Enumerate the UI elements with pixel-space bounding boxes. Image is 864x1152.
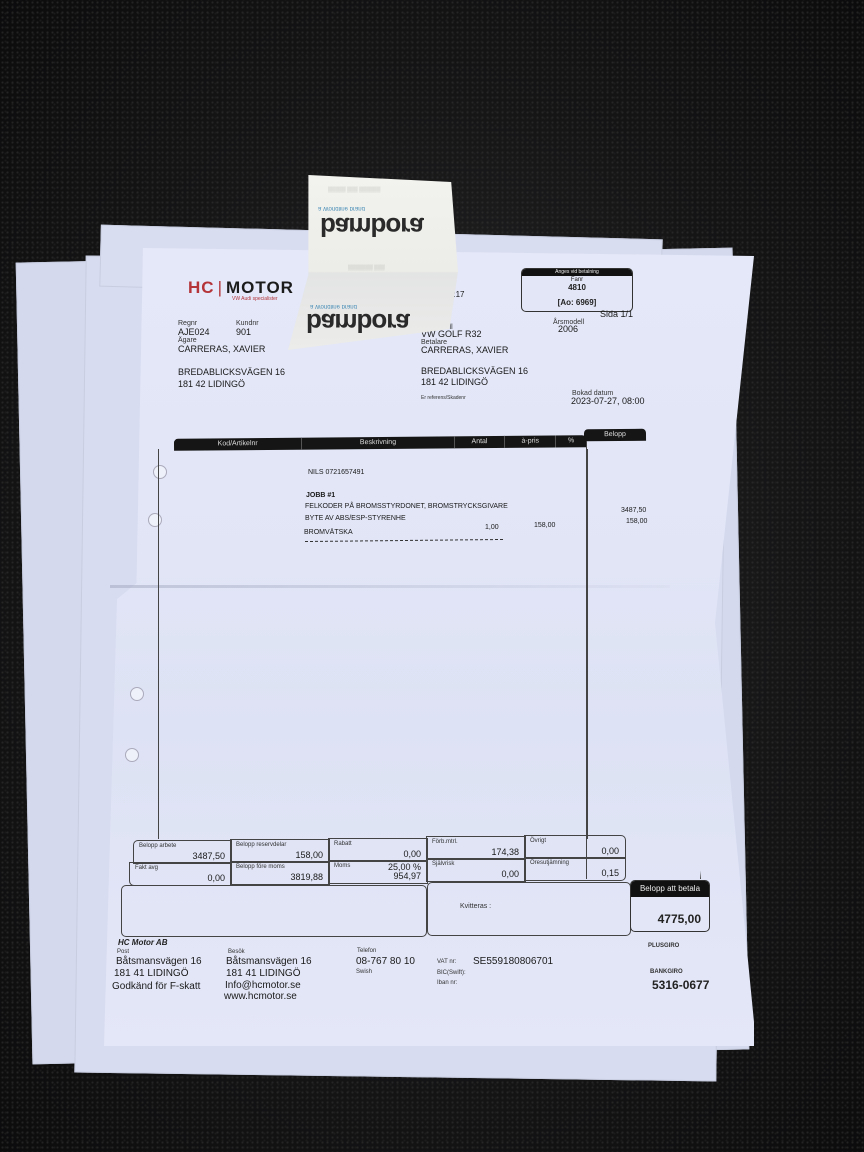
summary-label: Moms [334, 863, 350, 869]
owner-address-2: 181 42 LIDINGÖ [178, 379, 245, 389]
summary-label: Övrigt [530, 838, 546, 844]
col-header-description: Beskrivning [302, 436, 454, 449]
logo-subtitle: VW Audi specialister [232, 296, 278, 302]
col-header-amount: Belopp [584, 429, 646, 442]
summary-label: Självrisk [432, 861, 454, 867]
owner-name: CARRERAS, XAVIER [178, 344, 265, 354]
signature-label: Kvitteras : [460, 903, 491, 910]
summary-value: 0,00 [601, 846, 619, 856]
line-item-amount: 158,00 [626, 518, 647, 525]
booked-date: 2023-07-27, 08:00 [571, 396, 645, 406]
summary-value: 0,15 [601, 868, 619, 878]
line-item-amount: 3487,50 [621, 507, 646, 514]
receipt-brand-logo: bambora [320, 211, 423, 242]
line-item-quantity: 1,00 [485, 524, 499, 531]
line-item: NILS 0721657491 [308, 469, 364, 476]
summary-value: 0,00 [403, 849, 421, 859]
col-header-percent: % [556, 435, 586, 447]
footer-vat-label: VAT nr: [437, 959, 456, 965]
regnr-label: Regnr [178, 320, 197, 327]
summary-cell-other: Övrigt 0,00 [524, 835, 626, 859]
footer-company: HC Motor AB [118, 938, 167, 947]
summary-label: Fakt avg [135, 865, 158, 871]
summary-cell-parts: Belopp reservdelar 158,00 [230, 839, 330, 863]
footer-phone: 08-767 80 10 [356, 956, 415, 967]
company-logo: HC|MOTOR [188, 278, 294, 298]
summary-value: 158,00 [295, 850, 323, 860]
punch-hole [125, 748, 139, 762]
summary-label: Belopp före moms [236, 864, 285, 870]
summary-cell-discount: Rabatt 0,00 [328, 838, 428, 862]
summary-label: Öresutjämning [530, 860, 569, 866]
line-item: BROMVÄTSKA [304, 529, 353, 536]
line-item: FELKODER PÅ BROMSSTYRDONET, BROMSTRYCKSG… [305, 503, 508, 510]
summary-cell-deductible: Självrisk 0,00 [426, 858, 526, 882]
year-value: 2006 [558, 324, 578, 334]
summary-cell-rounding: Öresutjämning 0,15 [524, 857, 626, 881]
summary-value: 174,38 [491, 847, 519, 857]
payer-name: CARRERAS, XAVIER [421, 345, 508, 355]
footer-visit-2: 181 41 LIDINGÖ [226, 968, 300, 979]
summary-value: 0,00 [501, 869, 519, 879]
summary-label: Förb.mtrl. [432, 839, 458, 845]
summary-value: 0,00 [207, 873, 225, 883]
logo-divider: | [218, 278, 223, 297]
col-header-unit-price: à-pris [505, 435, 556, 447]
footer-bankgiro: 5316-0677 [652, 978, 709, 992]
col-header-quantity: Antal [455, 436, 506, 448]
footer-bic-label: BIC(Swift): [437, 970, 466, 976]
total-label: Belopp att betala [631, 881, 709, 897]
logo-hc: HC [188, 278, 215, 297]
footer-bankgiro-label: BANKGIRO [650, 969, 683, 975]
footer-plusgiro-label: PLUSGIRO [648, 943, 679, 949]
owner-label: Ägare [178, 337, 197, 344]
notes-box [121, 885, 427, 937]
kundnr-value: 901 [236, 327, 251, 337]
footer-post-1: Båtsmansvägen 16 [116, 956, 202, 967]
footer-website[interactable]: www.hcmotor.se [224, 991, 297, 1002]
summary-cell-invoice-fee: Fakt avg 0,00 [129, 862, 232, 886]
summary-label: Belopp reservdelar [236, 842, 286, 848]
footer-phone-label: Telefon [357, 948, 376, 954]
footer-post-2: 181 41 LIDINGÖ [114, 968, 188, 979]
footer-swish-label: Swish [356, 969, 372, 975]
summary-label: Rabatt [334, 841, 352, 847]
order-box-header: Anges vid betalning [522, 269, 632, 276]
receipt-faded-text: ▒▒▒▒▒▒▒ ▒▒▒ [348, 265, 385, 271]
page-number: Sida 1/1 [600, 309, 633, 319]
logo-motor: MOTOR [226, 278, 294, 297]
line-item: JOBB #1 [306, 492, 335, 499]
line-item-unit-price: 158,00 [534, 522, 555, 529]
summary-value: 954,97 [393, 871, 421, 881]
footer-visit-1: Båtsmansvägen 16 [226, 956, 312, 967]
line-item: BYTE AV ABS/ESP-STYRENHE [305, 515, 406, 522]
payer-address-1: BREDABLICKSVÄGEN 16 [421, 366, 528, 376]
footer-post-label: Post [117, 949, 129, 955]
payer-address-2: 181 42 LIDINGÖ [421, 377, 488, 387]
footer-iban-label: Iban nr: [437, 980, 457, 986]
summary-value: 3487,50 [192, 851, 225, 861]
owner-address-1: BREDABLICKSVÄGEN 16 [178, 367, 285, 377]
summary-value: 3819,88 [290, 872, 323, 882]
card-receipt: ▒▒▒▒▒ ▒▒▒ ▒▒▒▒▒▒ a Worldline brand bambo… [288, 175, 458, 350]
total-box: Belopp att betala 4775,00 [630, 880, 710, 932]
summary-cell-vat: Moms 25,00 % 954,97 [328, 860, 428, 884]
summary-cell-consumables: Förb.mtrl. 174,38 [426, 836, 526, 860]
summary-cell-before-vat: Belopp före moms 3819,88 [230, 861, 330, 885]
footer-email[interactable]: Info@hcmotor.se [225, 980, 301, 991]
reference-label: Er referens/Skadenr [421, 395, 466, 401]
punch-hole [130, 687, 144, 701]
footer-vat: SE559180806701 [473, 956, 553, 967]
receipt-brand-logo: bambora [306, 307, 409, 338]
receipt-faded-text: ▒▒▒▒▒ ▒▒▒ ▒▒▒▒▒▒ [328, 187, 380, 193]
total-amount: 4775,00 [658, 912, 701, 926]
footer-fskatt: Godkänd för F-skatt [112, 981, 200, 992]
regnr-value: AJE024 [178, 327, 210, 337]
fanr-value: 4810 [522, 283, 632, 292]
kundnr-label: Kundnr [236, 320, 259, 327]
footer-visit-label: Besök [228, 949, 245, 955]
order-box: Anges vid betalning Fanr 4810 [Ao: 6969] [521, 268, 633, 312]
ao-number: [Ao: 6969] [522, 298, 632, 307]
signature-box: Kvitteras : [427, 882, 631, 936]
summary-label: Belopp arbete [139, 843, 176, 849]
summary-cell-labor: Belopp arbete 3487,50 [133, 840, 232, 864]
